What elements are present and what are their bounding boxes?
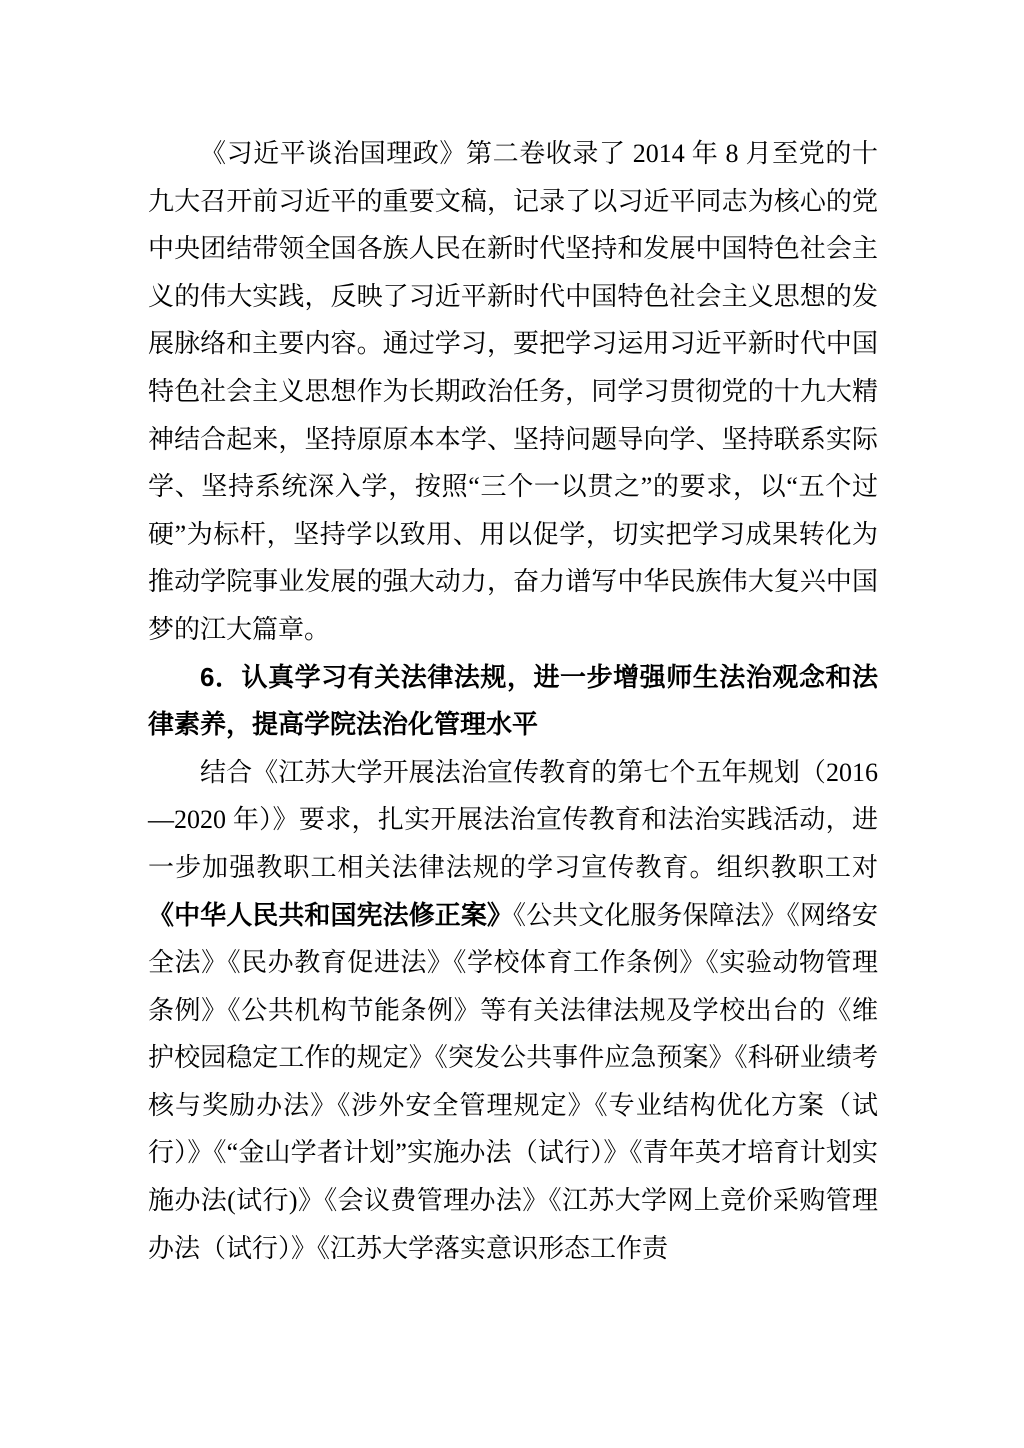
- paragraph-law-regulations: 结合《江苏大学开展法治宣传教育的第七个五年规划（2016—2020 年）》要求，…: [148, 749, 878, 1273]
- section-heading-6: 6．认真学习有关法律法规，进一步增强师生法治观念和法律素养，提高学院法治化管理水…: [148, 654, 878, 749]
- constitution-amendment-title: 《中华人民共和国宪法修正案》: [148, 901, 513, 930]
- paragraph-governance-study: 《习近平谈治国理政》第二卷收录了 2014 年 8 月至党的十九大召开前习近平的…: [148, 130, 878, 654]
- document-page: 《习近平谈治国理政》第二卷收录了 2014 年 8 月至党的十九大召开前习近平的…: [0, 0, 1024, 1448]
- paragraph-law-regulations-rest: 《公共文化服务保障法》《网络安全法》《民办教育促进法》《学校体育工作条例》《实验…: [148, 901, 878, 1263]
- paragraph-law-regulations-lead: 结合《江苏大学开展法治宣传教育的第七个五年规划（2016—2020 年）》要求，…: [148, 758, 878, 882]
